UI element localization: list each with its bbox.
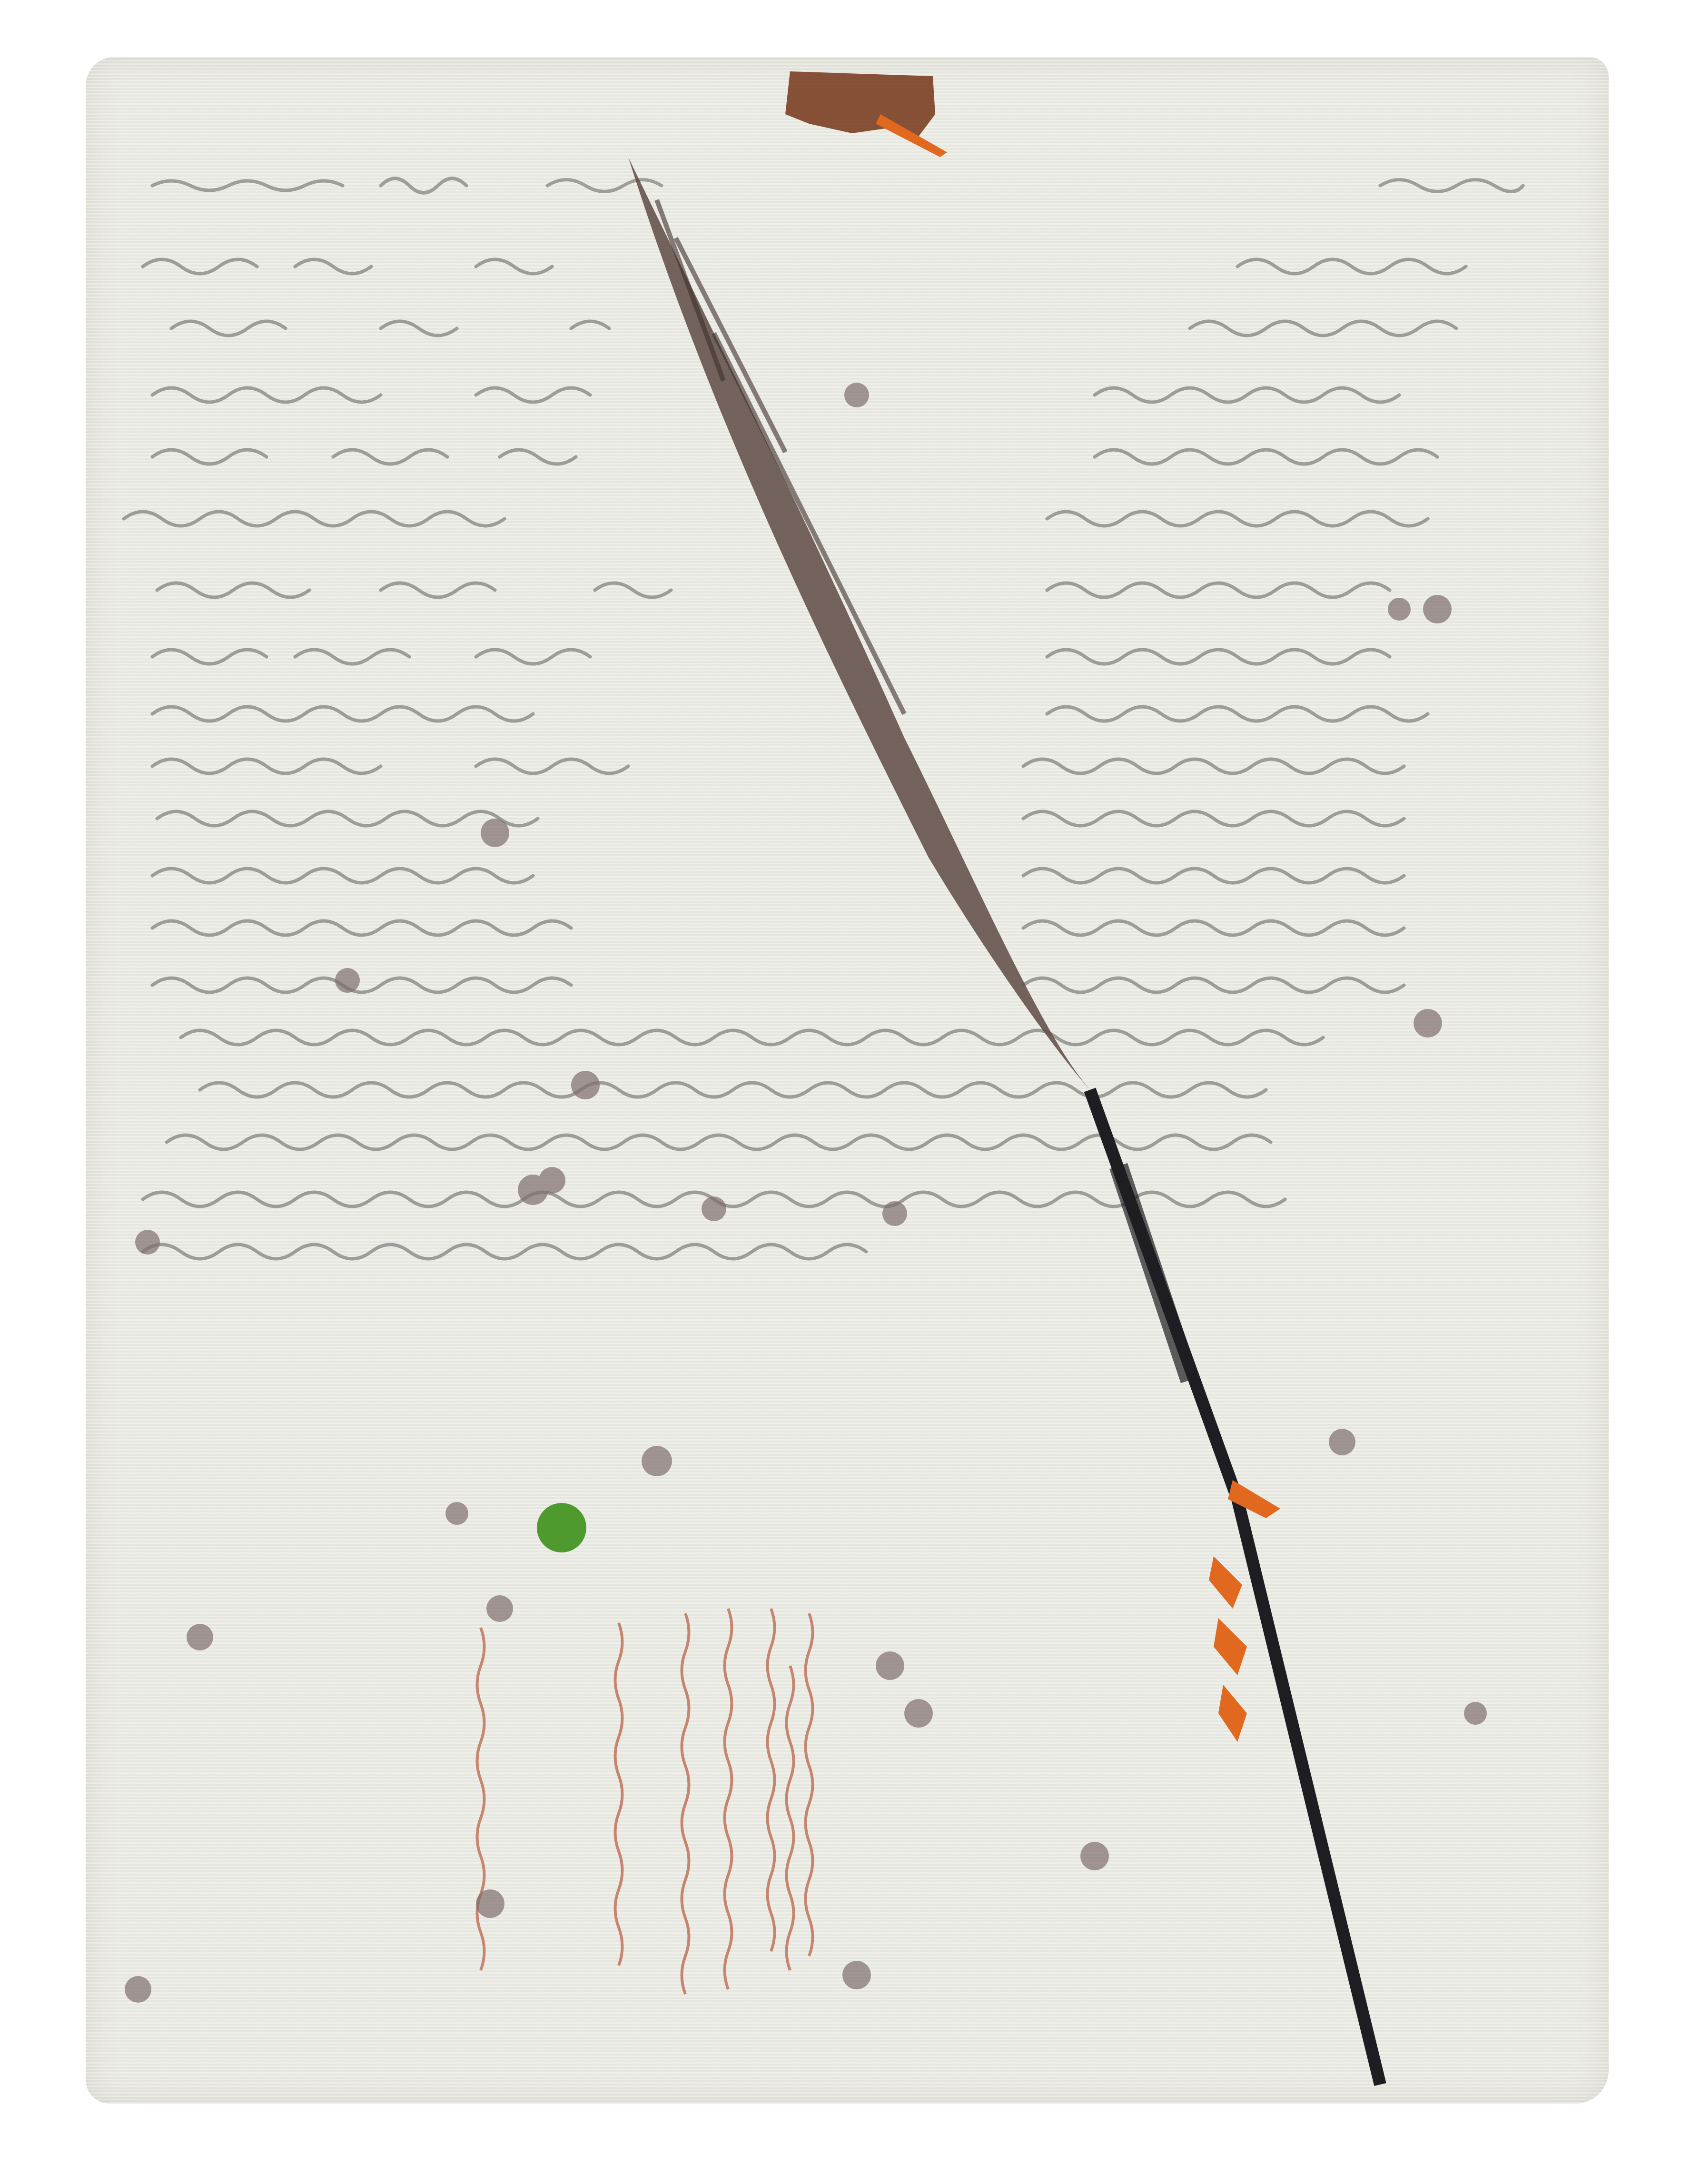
- asemic-writing: [124, 178, 1523, 1259]
- green-dot: [537, 1503, 586, 1552]
- grass-plume-print: [628, 157, 1380, 2085]
- red-writing-columns: [477, 1609, 813, 1994]
- rust-patch: [785, 71, 947, 157]
- artwork-canvas: [0, 0, 1681, 2184]
